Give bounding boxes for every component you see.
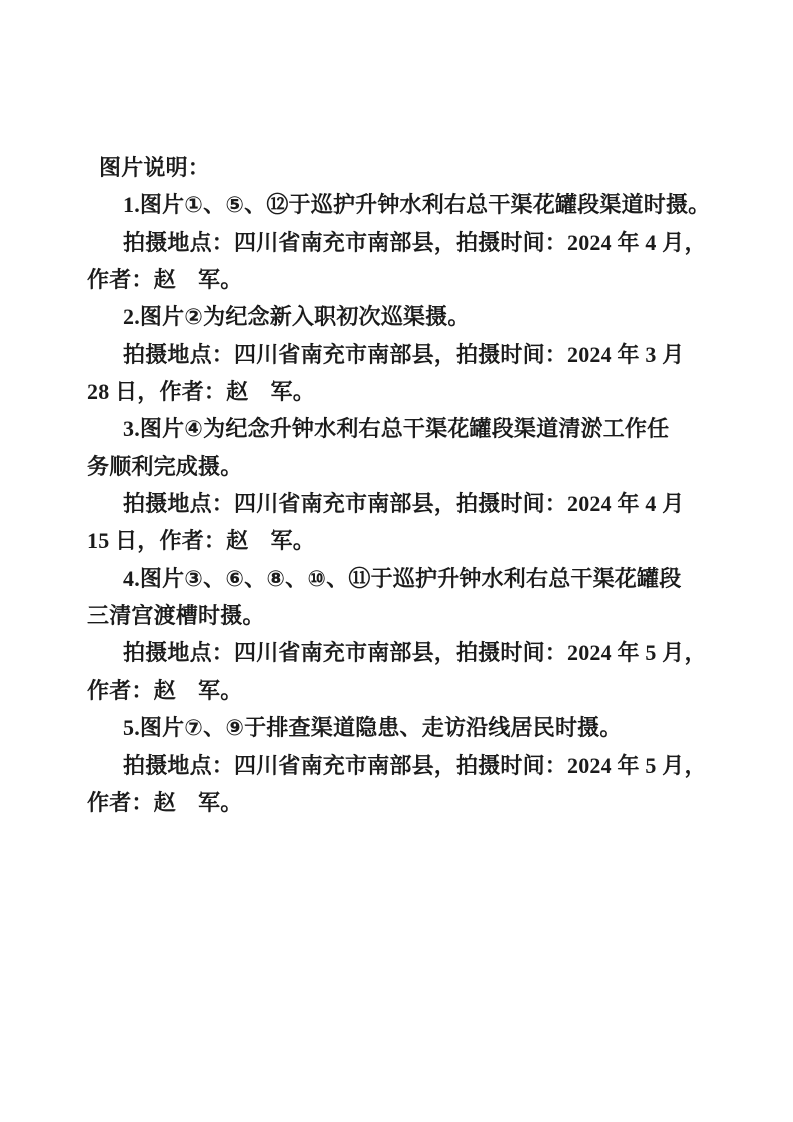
text-line: 拍摄地点：四川省南充市南部县，拍摄时间：2024 年 4 月 [87,485,705,522]
text-line: 拍摄地点：四川省南充市南部县，拍摄时间：2024 年 5 月， [87,634,705,671]
text-line: 务顺利完成摄。 [87,448,705,485]
text-line: 2.图片②为纪念新入职初次巡渠摄。 [87,298,705,335]
text-line: 3.图片④为纪念升钟水利右总干渠花罐段渠道清淤工作任 [87,410,705,447]
text-line: 5.图片⑦、⑨于排查渠道隐患、走访沿线居民时摄。 [87,709,705,746]
text-line: 拍摄地点：四川省南充市南部县，拍摄时间：2024 年 4 月， [87,224,705,261]
text-line: 作者：赵 军。 [87,784,705,821]
text-line: 4.图片③、⑥、⑧、⑩、⑪于巡护升钟水利右总干渠花罐段 [87,560,705,597]
document-page: 图片说明：1.图片①、⑤、⑫于巡护升钟水利右总干渠花罐段渠道时摄。拍摄地点：四川… [0,0,793,1122]
document-title: 图片说明： [87,149,705,186]
text-line: 作者：赵 军。 [87,261,705,298]
text-line: 拍摄地点：四川省南充市南部县，拍摄时间：2024 年 3 月 [87,336,705,373]
text-line: 1.图片①、⑤、⑫于巡护升钟水利右总干渠花罐段渠道时摄。 [87,186,705,223]
text-line: 拍摄地点：四川省南充市南部县，拍摄时间：2024 年 5 月， [87,747,705,784]
text-line: 28 日，作者：赵 军。 [87,373,705,410]
text-line: 三清宫渡槽时摄。 [87,597,705,634]
document-body: 图片说明：1.图片①、⑤、⑫于巡护升钟水利右总干渠花罐段渠道时摄。拍摄地点：四川… [87,149,705,821]
text-line: 作者：赵 军。 [87,672,705,709]
text-line: 15 日，作者：赵 军。 [87,522,705,559]
